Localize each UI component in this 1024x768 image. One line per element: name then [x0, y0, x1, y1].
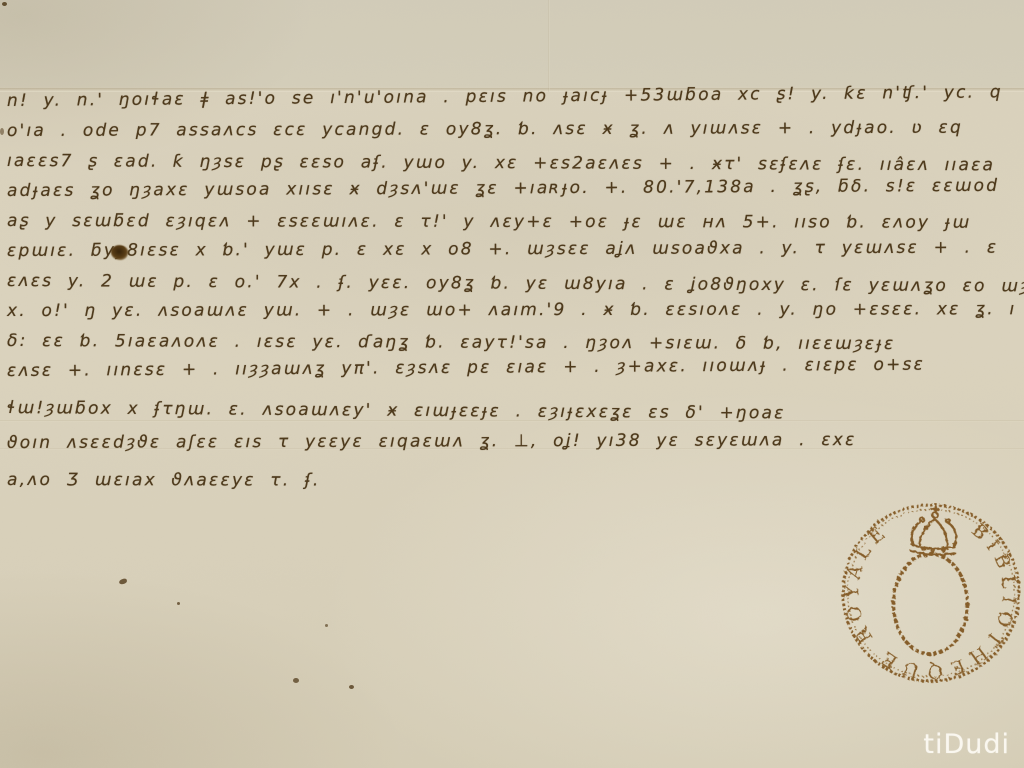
cipher-line-6: ɛpɯıɛ. ƃyȝ8ıɛsɛ x ƅ.' yɯɛ p. ɛ xɛ x o8 +… — [7, 232, 1024, 266]
ink-speck — [2, 2, 7, 6]
cipher-text-block: n! y. n.' ŋoıɬaɛ ǂ as!'o se ı'n'u'oına .… — [7, 86, 1024, 495]
ink-speck — [118, 578, 127, 585]
stamp-center-oval — [893, 554, 967, 654]
stamp-text: BIBLIOTHEQUE ROYALE — [837, 512, 1024, 688]
ink-speck — [0, 128, 4, 135]
bibliotheque-royale-stamp: BIBLIOTHEQUE ROYALE — [835, 497, 1024, 689]
cipher-line-2: o'ıa . ode p7 assaʌcs ɛcɛ ycangd. ɛ oy8ʓ… — [7, 112, 1024, 146]
cipher-line-8: x. o!' ŋ yɛ. ʌsoaɯʌɛ yɯ. + . ɯȝɛ ɯo+ ʌaı… — [7, 294, 1024, 326]
ink-speck — [177, 602, 180, 605]
cipher-line-12: ϑoın ʌsɛɛdȝϑɛ aʃɛɛ ɛıs τ yɛɛyɛ ɛıqaɛɯʌ ʓ… — [7, 424, 1024, 458]
fold-line-vertical — [548, 0, 550, 92]
ink-speck — [349, 685, 354, 689]
cipher-line-1: n! y. n.' ŋoıɬaɛ ǂ as!'o se ı'n'u'oına .… — [7, 76, 1024, 116]
tidudi-watermark: tiDudi — [923, 729, 1010, 760]
ink-speck — [325, 624, 328, 627]
ink-speck — [293, 678, 299, 683]
stamp-outer-ring — [839, 501, 1024, 686]
cipher-line-13: a,ʌo Ʒ ɯɛıax ϑʌaɛɛyɛ τ. ʄ. — [7, 465, 1024, 497]
manuscript-photo: n! y. n.' ŋoıɬaɛ ǂ as!'o se ı'n'u'oına .… — [0, 0, 1024, 768]
cipher-line-4: adɟaɛs ʓo ŋȝaxɛ yɯsoa xıısɛ ӿ dȝsʌ'ɯɛ ʓɛ… — [7, 170, 1024, 206]
